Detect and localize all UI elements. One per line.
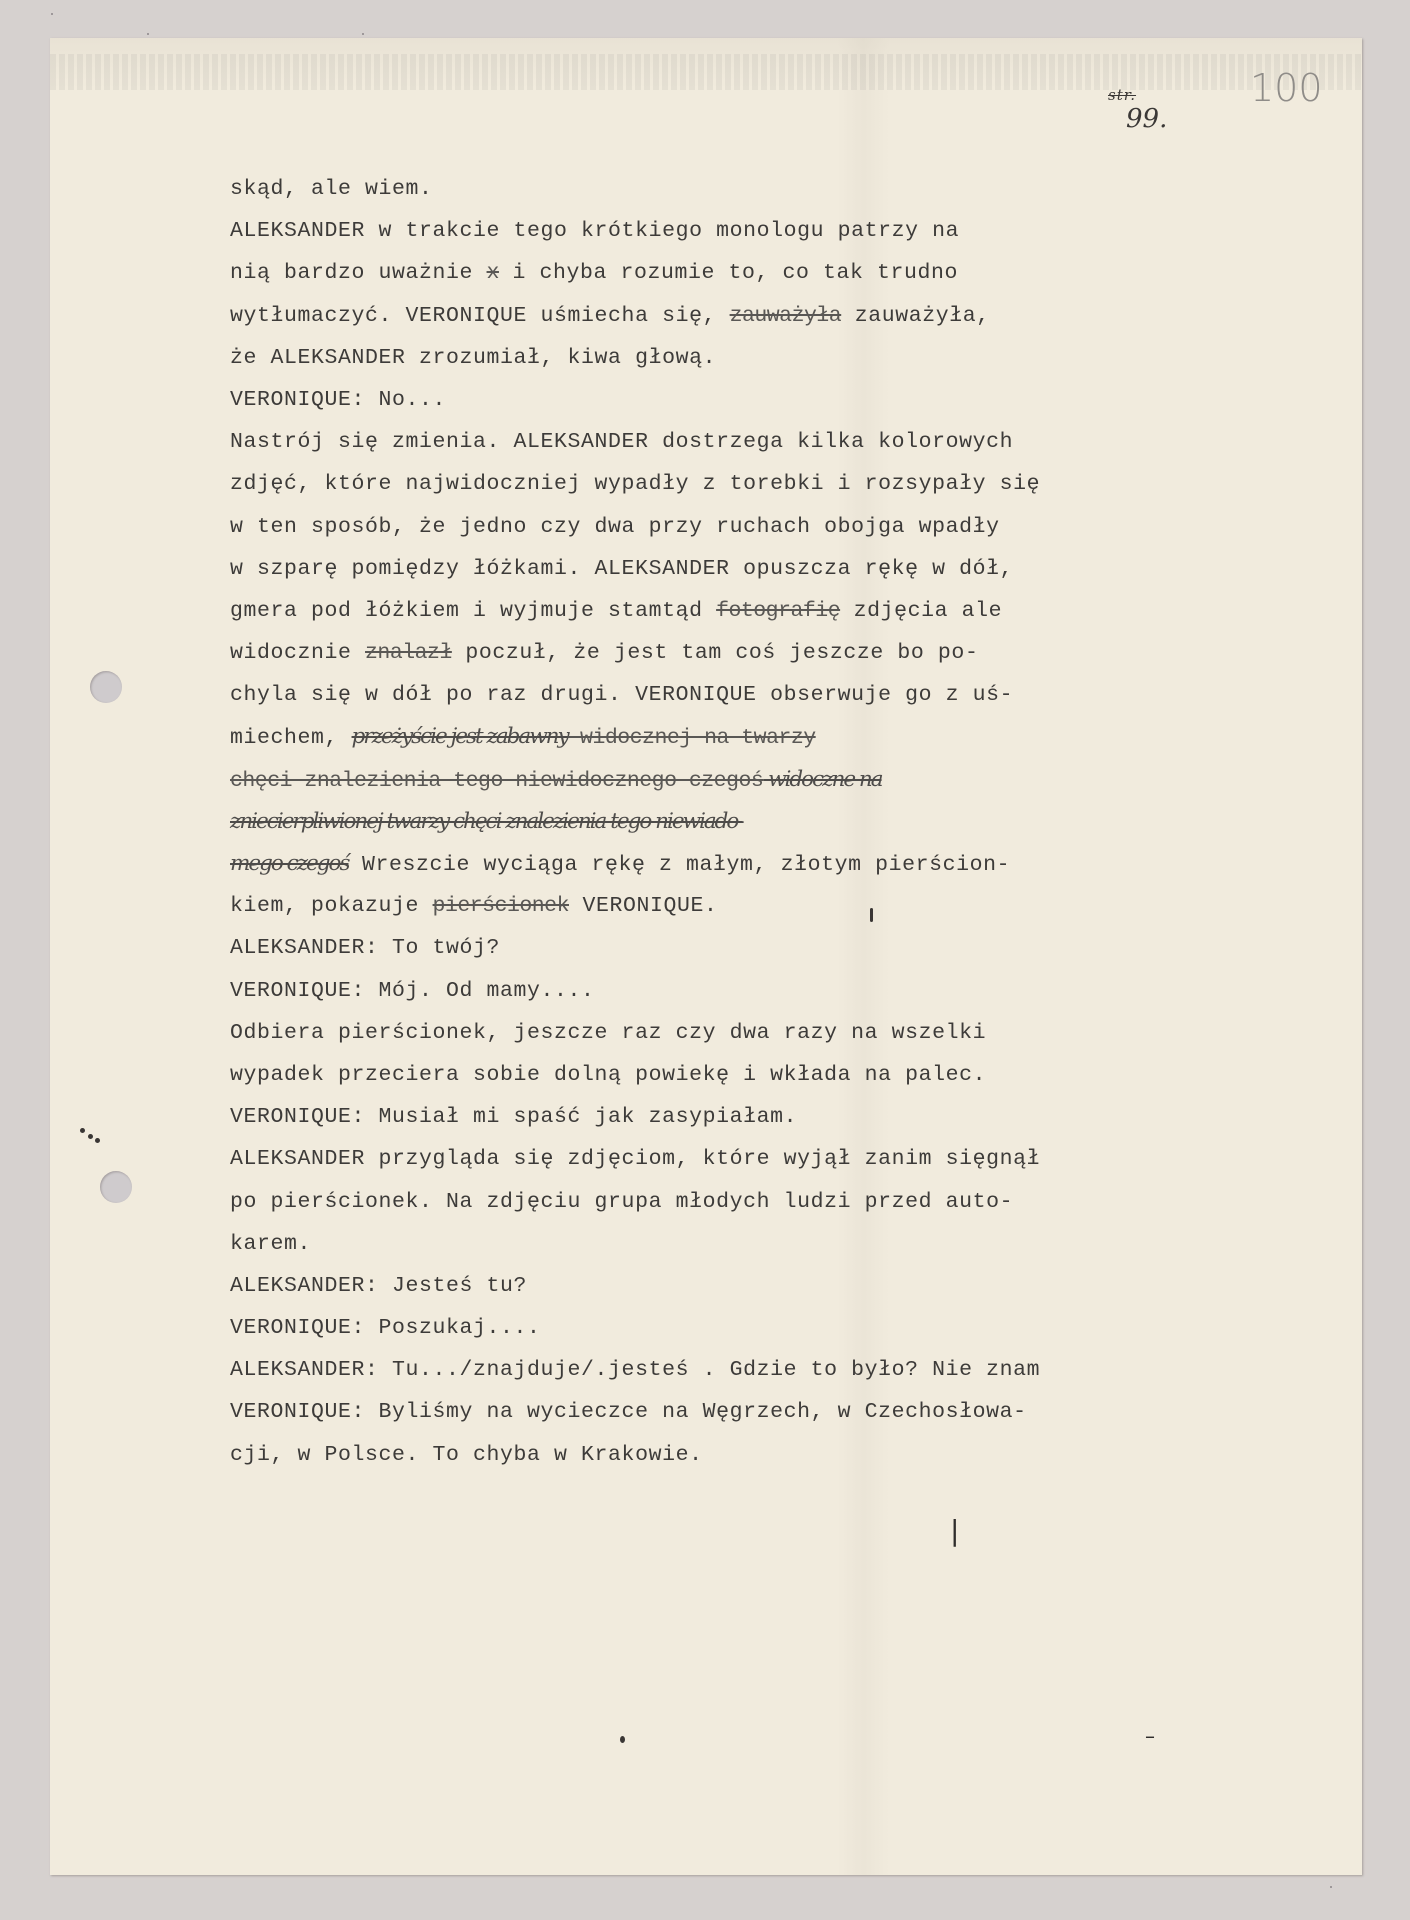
struck-out-text: fotografię bbox=[716, 599, 840, 623]
text-line: ALEKSANDER: To twój? bbox=[230, 927, 1270, 969]
typed-text: VERONIQUE: Byliśmy na wycieczce na Węgrz… bbox=[230, 1400, 1027, 1424]
screenplay-body: skąd, ale wiem.ALEKSANDER w trakcie tego… bbox=[230, 168, 1270, 1476]
struck-out-text: pierścionek bbox=[433, 894, 569, 918]
typed-text: Nastrój się zmienia. ALEKSANDER dostrzeg… bbox=[230, 430, 1013, 454]
typed-text: zdjęcia ale bbox=[840, 599, 1002, 623]
typed-text: i chyba rozumie to, co tak trudno bbox=[499, 261, 958, 285]
text-line: chyla się w dół po raz drugi. VERONIQUE … bbox=[230, 674, 1270, 716]
overtyped-deletion: mego czegoś bbox=[230, 851, 349, 876]
typed-text: Wreszcie wyciąga rękę z małym, złotym pi… bbox=[349, 853, 1011, 877]
typed-text: ALEKSANDER przygląda się zdjęciom, które… bbox=[230, 1147, 1040, 1171]
typed-text: w szparę pomiędzy łóżkami. ALEKSANDER op… bbox=[230, 557, 1013, 581]
text-line: wypadek przeciera sobie dolną powiekę i … bbox=[230, 1054, 1270, 1096]
text-line: kiem, pokazuje pierścionek VERONIQUE. bbox=[230, 885, 1270, 927]
folio-typed-number: 99. bbox=[1126, 104, 1167, 134]
pencil-stroke-mark: | bbox=[950, 1514, 959, 1547]
text-line: widocznie znalazł poczuł, że jest tam co… bbox=[230, 632, 1270, 674]
text-line: chęci znalezienia tego niewidocznego cze… bbox=[230, 759, 1270, 801]
typed-text: poczuł, że jest tam coś jeszcze bo po- bbox=[452, 641, 979, 665]
pencil-dash-mark: – bbox=[1145, 1724, 1155, 1748]
typed-text: VERONIQUE: Musiał mi spaść jak zasypiała… bbox=[230, 1105, 797, 1129]
typed-text: kiem, pokazuje bbox=[230, 894, 433, 918]
struck-out-text: widocznej na twarzy bbox=[568, 726, 816, 750]
offset-ghost-text bbox=[50, 54, 1362, 90]
punch-hole bbox=[100, 1171, 132, 1203]
struck-out-text: chęci znalezienia tego niewidocznego cze… bbox=[230, 769, 763, 793]
typed-text: że ALEKSANDER zrozumiał, kiwa głową. bbox=[230, 346, 716, 370]
typed-text: miechem, bbox=[230, 726, 352, 750]
text-line: po pierścionek. Na zdjęciu grupa młodych… bbox=[230, 1181, 1270, 1223]
overtyped-deletion: przeżyście jest zabawny bbox=[352, 724, 568, 749]
folio-struck-label: str. bbox=[1108, 86, 1136, 104]
typed-text: VERONIQUE: No... bbox=[230, 388, 446, 412]
ink-spot bbox=[95, 1138, 100, 1143]
typed-text: wypadek przeciera sobie dolną powiekę i … bbox=[230, 1063, 986, 1087]
typed-text: chyla się w dół po raz drugi. VERONIQUE … bbox=[230, 683, 1013, 707]
typed-text: ALEKSANDER: To twój? bbox=[230, 936, 500, 960]
text-line: ALEKSANDER: Tu.../znajduje/.jesteś . Gdz… bbox=[230, 1349, 1270, 1391]
text-line: ALEKSANDER: Jesteś tu? bbox=[230, 1265, 1270, 1307]
text-line: nią bardzo uważnie x i chyba rozumie to,… bbox=[230, 252, 1270, 294]
typed-text: ALEKSANDER: Tu.../znajduje/.jesteś . Gdz… bbox=[230, 1358, 1040, 1382]
text-line: zniecierpliwionej twarzy chęci znalezien… bbox=[230, 801, 1270, 843]
text-line: zdjęć, które najwidoczniej wypadły z tor… bbox=[230, 463, 1270, 505]
text-line: ALEKSANDER w trakcie tego krótkiego mono… bbox=[230, 210, 1270, 252]
ink-spot bbox=[620, 1736, 625, 1743]
punch-hole bbox=[90, 671, 122, 703]
struck-out-text: zauważyła bbox=[730, 304, 842, 328]
ink-spot bbox=[80, 1128, 85, 1133]
typed-text: zauważyła, bbox=[841, 304, 990, 328]
backdrop-speck bbox=[362, 33, 364, 35]
struck-out-text: znalazł bbox=[365, 641, 452, 665]
typed-text: Odbiera pierścionek, jeszcze raz czy dwa… bbox=[230, 1021, 986, 1045]
typed-text: zdjęć, które najwidoczniej wypadły z tor… bbox=[230, 472, 1040, 496]
typed-text: karem. bbox=[230, 1232, 311, 1256]
text-line: karem. bbox=[230, 1223, 1270, 1265]
overtyped-deletion: zniecierpliwionej twarzy chęci znalezien… bbox=[230, 809, 743, 834]
text-line: Odbiera pierścionek, jeszcze raz czy dwa… bbox=[230, 1012, 1270, 1054]
text-line: mego czegoś Wreszcie wyciąga rękę z mały… bbox=[230, 843, 1270, 885]
text-line: wytłumaczyć. VERONIQUE uśmiecha się, zau… bbox=[230, 295, 1270, 337]
typed-text: gmera pod łóżkiem i wyjmuje stamtąd bbox=[230, 599, 716, 623]
typed-text: nią bardzo uważnie bbox=[230, 261, 487, 285]
typed-text: w ten sposób, że jedno czy dwa przy ruch… bbox=[230, 515, 1000, 539]
text-line: miechem, przeżyście jest zabawny widoczn… bbox=[230, 716, 1270, 758]
text-line: że ALEKSANDER zrozumiał, kiwa głową. bbox=[230, 337, 1270, 379]
text-line: VERONIQUE: Musiał mi spaść jak zasypiała… bbox=[230, 1096, 1270, 1138]
text-line: VERONIQUE: Mój. Od mamy.... bbox=[230, 970, 1270, 1012]
text-line: ALEKSANDER przygląda się zdjęciom, które… bbox=[230, 1138, 1270, 1180]
struck-out-text: x bbox=[487, 261, 499, 285]
typed-text: skąd, ale wiem. bbox=[230, 177, 433, 201]
typed-text: widocznie bbox=[230, 641, 365, 665]
typed-text: cji, w Polsce. To chyba w Krakowie. bbox=[230, 1443, 703, 1467]
backdrop-speck bbox=[1330, 1886, 1332, 1888]
typed-text: ALEKSANDER w trakcie tego krótkiego mono… bbox=[230, 219, 959, 243]
typed-text: VERONIQUE. bbox=[569, 894, 718, 918]
typed-text: wytłumaczyć. VERONIQUE uśmiecha się, bbox=[230, 304, 730, 328]
text-line: w szparę pomiędzy łóżkami. ALEKSANDER op… bbox=[230, 548, 1270, 590]
typed-text: po pierścionek. Na zdjęciu grupa młodych… bbox=[230, 1190, 1013, 1214]
text-line: gmera pod łóżkiem i wyjmuje stamtąd foto… bbox=[230, 590, 1270, 632]
text-line: VERONIQUE: Byliśmy na wycieczce na Węgrz… bbox=[230, 1391, 1270, 1433]
text-line: cji, w Polsce. To chyba w Krakowie. bbox=[230, 1434, 1270, 1476]
text-line: w ten sposób, że jedno czy dwa przy ruch… bbox=[230, 506, 1270, 548]
text-line: VERONIQUE: No... bbox=[230, 379, 1270, 421]
text-line: VERONIQUE: Poszukaj.... bbox=[230, 1307, 1270, 1349]
ink-spot bbox=[88, 1134, 93, 1139]
typed-text: VERONIQUE: Mój. Od mamy.... bbox=[230, 979, 595, 1003]
text-line: Nastrój się zmienia. ALEKSANDER dostrzeg… bbox=[230, 421, 1270, 463]
typed-text: VERONIQUE: Poszukaj.... bbox=[230, 1316, 541, 1340]
backdrop-speck bbox=[147, 33, 149, 35]
text-line: skąd, ale wiem. bbox=[230, 168, 1270, 210]
backdrop-speck bbox=[51, 13, 53, 15]
overtyped-deletion: widoczne na bbox=[763, 767, 881, 792]
typed-text: ALEKSANDER: Jesteś tu? bbox=[230, 1274, 527, 1298]
folio-pencil-number: 100 bbox=[1250, 66, 1323, 110]
